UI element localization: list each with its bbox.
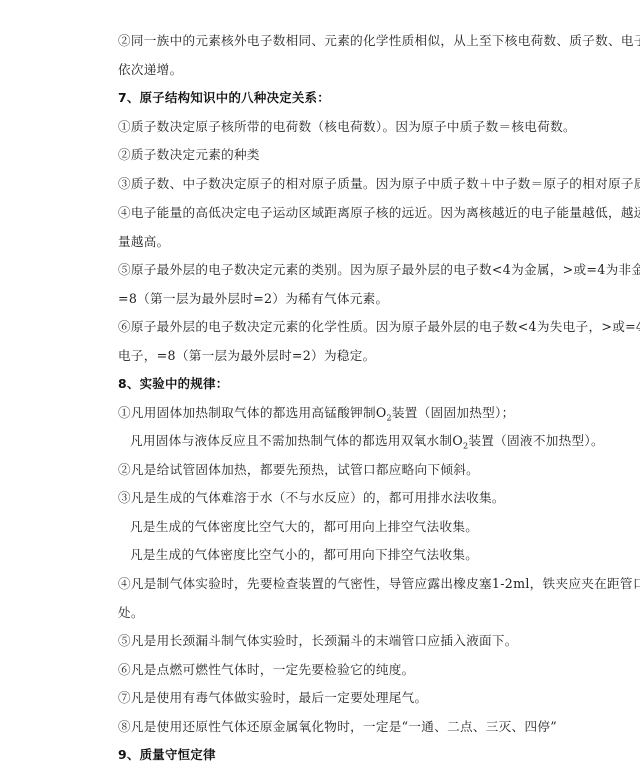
text-line: 电子，=8（第一层为最外层时=2）为稳定。 (118, 348, 376, 364)
text-line: ③质子数、中子数决定原子的相对原子质量。因为原子中质子数＋中子数＝原子的相对原子… (118, 176, 640, 192)
text-line: 凡是生成的气体密度比空气小的，都可用向下排空气法收集。 (130, 547, 478, 563)
text-line: ③凡是生成的气体难溶于水（不与水反应）的，都可用排水法收集。 (118, 490, 505, 506)
section-heading-9: 9、质量守恒定律 (118, 747, 216, 763)
text-line: ④电子能量的高低决定电子运动区域距离原子核的远近。因为离核越近的电子能量越低，越… (118, 205, 640, 221)
text-line: 凡是生成的气体密度比空气大的，都可用向上排空气法收集。 (130, 519, 478, 535)
text-line: ⑤凡是用长颈漏斗制气体实验时，长颈漏斗的末端管口应插入液面下。 (118, 633, 518, 649)
text-line: ②同一族中的元素核外电子数相同、元素的化学性质相似，从上至下核电荷数、质子数、电… (118, 33, 640, 49)
text-fragment: 装置（固固加热型）； (392, 405, 515, 420)
text-line: ⑥凡是点燃可燃性气体时，一定先要检验它的纯度。 (118, 662, 415, 678)
text-line: =8（第一层为最外层时=2）为稀有气体元素。 (118, 291, 388, 307)
text-fragment: ①凡用固体加热制取气体的都选用高锰酸钾制O (118, 405, 387, 420)
text-line: ⑦凡是使用有毒气体做实验时，最后一定要处理尾气。 (118, 690, 427, 706)
text-line: ⑧凡是使用还原性气体还原金属氧化物时，一定是“一通、二点、三灭、四停” (118, 719, 557, 735)
text-line: ①凡用固体加热制取气体的都选用高锰酸钾制O2装置（固固加热型）； (118, 405, 515, 427)
text-line: 依次递增。 (118, 62, 182, 78)
text-fragment: 装置（固液不加热型）。 (468, 433, 604, 448)
text-line: 处。 (118, 605, 144, 621)
text-fragment: 凡用固体与液体反应且不需加热制气体的都选用双氧水制O (130, 433, 463, 448)
text-line: 凡用固体与液体反应且不需加热制气体的都选用双氧水制O2装置（固液不加热型）。 (130, 433, 604, 455)
text-line: ④凡是制气体实验时，先要检查装置的气密性，导管应露出橡皮塞1-2ml，铁夹应夹在… (118, 576, 640, 592)
text-line: ②质子数决定元素的种类 (118, 147, 260, 163)
text-line: ⑤原子最外层的电子数决定元素的类别。因为原子最外层的电子数<4为金属，>或=4为… (118, 262, 640, 278)
section-heading-8: 8、实验中的规律： (118, 376, 228, 392)
text-line: ⑥原子最外层的电子数决定元素的化学性质。因为原子最外层的电子数<4为失电子，>或… (118, 319, 640, 335)
text-line: 量越高。 (118, 234, 170, 250)
text-line: ①质子数决定原子核所带的电荷数（核电荷数）。因为原子中质子数＝核电荷数。 (118, 119, 576, 135)
section-heading-7: 7、原子结构知识中的八种决定关系： (118, 90, 330, 106)
text-line: ②凡是给试管固体加热，都要先预热，试管口都应略向下倾斜。 (118, 462, 479, 478)
